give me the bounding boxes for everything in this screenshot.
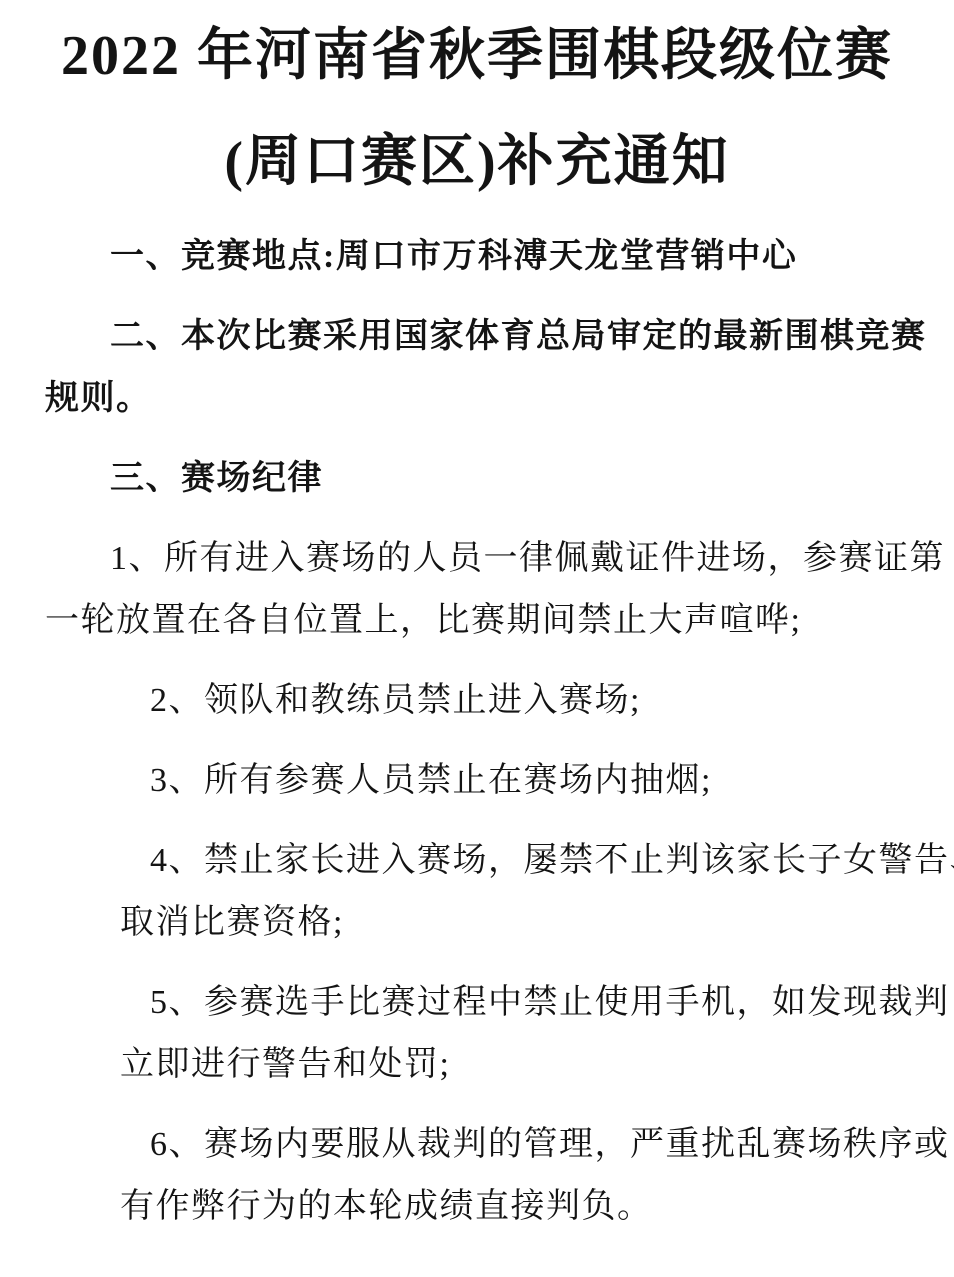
rule-item-5: 5、参赛选手比赛过程中禁止使用手机，如发现裁判 立即进行警告和处罚; [45, 972, 909, 1096]
text-line: 二、本次比赛采用国家体育总局审定的最新围棋竞赛 [45, 306, 909, 368]
document-page: 2022 年河南省秋季围棋段级位赛 (周口赛区)补充通知 一、竞赛地点:周口市万… [0, 0, 954, 1277]
paragraph-rules: 二、本次比赛采用国家体育总局审定的最新围棋竞赛 规则。 [45, 306, 909, 430]
text-line: 5、参赛选手比赛过程中禁止使用手机，如发现裁判 [45, 972, 909, 1034]
rule-item-2: 2、领队和教练员禁止进入赛场; [45, 670, 909, 732]
text-line: 1、所有进入赛场的人员一律佩戴证件进场，参赛证第 [45, 528, 909, 590]
text-line: 规则。 [45, 368, 909, 430]
paragraph-discipline-heading: 三、赛场纪律 [45, 448, 909, 510]
rule-item-4: 4、禁止家长进入赛场，屡禁不止判该家长子女警告、 取消比赛资格; [45, 830, 909, 954]
text-line: 4、禁止家长进入赛场，屡禁不止判该家长子女警告、 [45, 830, 909, 892]
document-title-line-1: 2022 年河南省秋季围棋段级位赛 [45, 18, 909, 94]
document-title-line-2: (周口赛区)补充通知 [45, 124, 909, 200]
text-line: 取消比赛资格; [45, 892, 909, 954]
text-line: 6、赛场内要服从裁判的管理，严重扰乱赛场秩序或 [45, 1114, 909, 1176]
text-line: 三、赛场纪律 [45, 448, 909, 510]
paragraph-venue: 一、竞赛地点:周口市万科溥天龙堂营销中心 [45, 226, 909, 288]
text-line: 2、领队和教练员禁止进入赛场; [45, 670, 909, 732]
text-line: 一、竞赛地点:周口市万科溥天龙堂营销中心 [45, 226, 909, 288]
text-line: 有作弊行为的本轮成绩直接判负。 [45, 1176, 909, 1238]
text-line: 立即进行警告和处罚; [45, 1034, 909, 1096]
text-line: 3、所有参赛人员禁止在赛场内抽烟; [45, 750, 909, 812]
rule-item-3: 3、所有参赛人员禁止在赛场内抽烟; [45, 750, 909, 812]
document-body: 一、竞赛地点:周口市万科溥天龙堂营销中心 二、本次比赛采用国家体育总局审定的最新… [45, 226, 909, 1238]
text-line: 一轮放置在各自位置上，比赛期间禁止大声喧哗; [45, 590, 909, 652]
rule-item-1: 1、所有进入赛场的人员一律佩戴证件进场，参赛证第 一轮放置在各自位置上，比赛期间… [45, 528, 909, 652]
rule-item-6: 6、赛场内要服从裁判的管理，严重扰乱赛场秩序或 有作弊行为的本轮成绩直接判负。 [45, 1114, 909, 1238]
